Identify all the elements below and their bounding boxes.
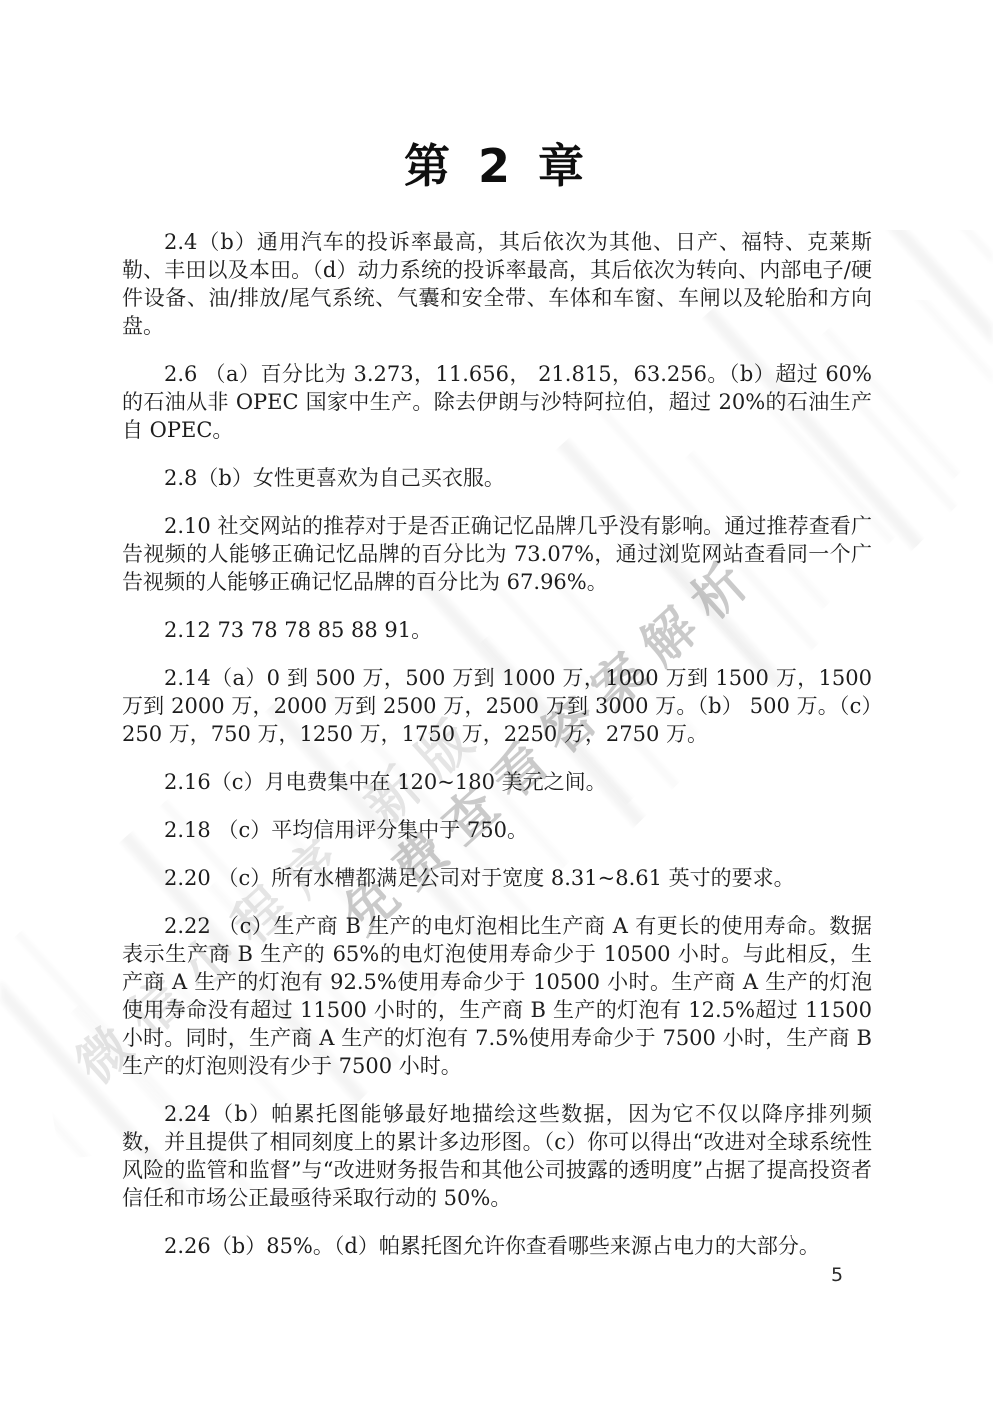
answer-number: 2.10 xyxy=(164,514,211,538)
answer-2-20: 2.20 （c）所有水槽都满足公司对于宽度 8.31~8.61 英寸的要求。 xyxy=(122,864,872,892)
answer-2-14: 2.14（a）0 到 500 万，500 万到 1000 万，1000 万到 1… xyxy=(122,664,872,748)
answer-2-18: 2.18 （c）平均信用评分集中于 750。 xyxy=(122,816,872,844)
chapter-title: 第 2 章 xyxy=(122,138,872,194)
answer-text: （a）0 到 500 万，500 万到 1000 万，1000 万到 1500 … xyxy=(122,666,872,746)
answer-2-24: 2.24（b）帕累托图能够最好地描绘这些数据，因为它不仅以降序排列频数，并且提供… xyxy=(122,1100,872,1212)
answer-number: 2.6 xyxy=(164,362,197,386)
answer-number: 2.22 xyxy=(164,914,211,938)
answer-text: 社交网站的推荐对于是否正确记忆品牌几乎没有影响。通过推荐查看广告视频的人能够正确… xyxy=(122,514,872,594)
answer-text: （a）百分比为 3.273，11.656， 21.815，63.256。（b）超… xyxy=(122,362,872,442)
answer-number: 2.16 xyxy=(164,770,211,794)
answer-number: 2.26 xyxy=(164,1234,211,1258)
answer-text: （c）生产商 B 生产的电灯泡相比生产商 A 有更长的使用寿命。数据表示生产商 … xyxy=(122,914,872,1078)
answer-text: （b）85%。（d）帕累托图允许你查看哪些来源占电力的大部分。 xyxy=(211,1234,820,1258)
answer-number: 2.4 xyxy=(164,230,197,254)
answer-2-8: 2.8（b）女性更喜欢为自己买衣服。 xyxy=(122,464,872,492)
answer-number: 2.20 xyxy=(164,866,211,890)
answer-2-12: 2.12 73 78 78 85 88 91。 xyxy=(122,616,872,644)
answer-2-16: 2.16（c）月电费集中在 120~180 美元之间。 xyxy=(122,768,872,796)
answer-text: （b）通用汽车的投诉率最高，其后依次为其他、日产、福特、克莱斯勒、丰田以及本田。… xyxy=(122,230,872,338)
answer-number: 2.24 xyxy=(164,1102,211,1126)
answer-text: （c）所有水槽都满足公司对于宽度 8.31~8.61 英寸的要求。 xyxy=(211,866,795,890)
answer-text: （b）帕累托图能够最好地描绘这些数据，因为它不仅以降序排列频数，并且提供了相同刻… xyxy=(122,1102,872,1210)
answer-number: 2.18 xyxy=(164,818,211,842)
answer-text: 73 78 78 85 88 91。 xyxy=(211,618,432,642)
answer-2-26: 2.26（b）85%。（d）帕累托图允许你查看哪些来源占电力的大部分。 xyxy=(122,1232,872,1260)
document-page: 微信小程序·新版 免费查看答案解析 第 2 章 2.4（b）通用汽车的投诉率最高… xyxy=(0,0,993,1404)
page-content: 第 2 章 2.4（b）通用汽车的投诉率最高，其后依次为其他、日产、福特、克莱斯… xyxy=(122,0,872,1260)
answer-2-10: 2.10 社交网站的推荐对于是否正确记忆品牌几乎没有影响。通过推荐查看广告视频的… xyxy=(122,512,872,596)
answer-number: 2.8 xyxy=(164,466,197,490)
page-number: 5 xyxy=(831,1264,843,1286)
answer-2-6: 2.6 （a）百分比为 3.273，11.656， 21.815，63.256。… xyxy=(122,360,872,444)
answer-text: （c）平均信用评分集中于 750。 xyxy=(211,818,528,842)
answer-2-4: 2.4（b）通用汽车的投诉率最高，其后依次为其他、日产、福特、克莱斯勒、丰田以及… xyxy=(122,228,872,340)
answer-2-22: 2.22 （c）生产商 B 生产的电灯泡相比生产商 A 有更长的使用寿命。数据表… xyxy=(122,912,872,1080)
answer-number: 2.12 xyxy=(164,618,211,642)
answer-text: （b）女性更喜欢为自己买衣服。 xyxy=(197,466,504,490)
answer-number: 2.14 xyxy=(164,666,211,690)
answer-text: （c）月电费集中在 120~180 美元之间。 xyxy=(211,770,607,794)
